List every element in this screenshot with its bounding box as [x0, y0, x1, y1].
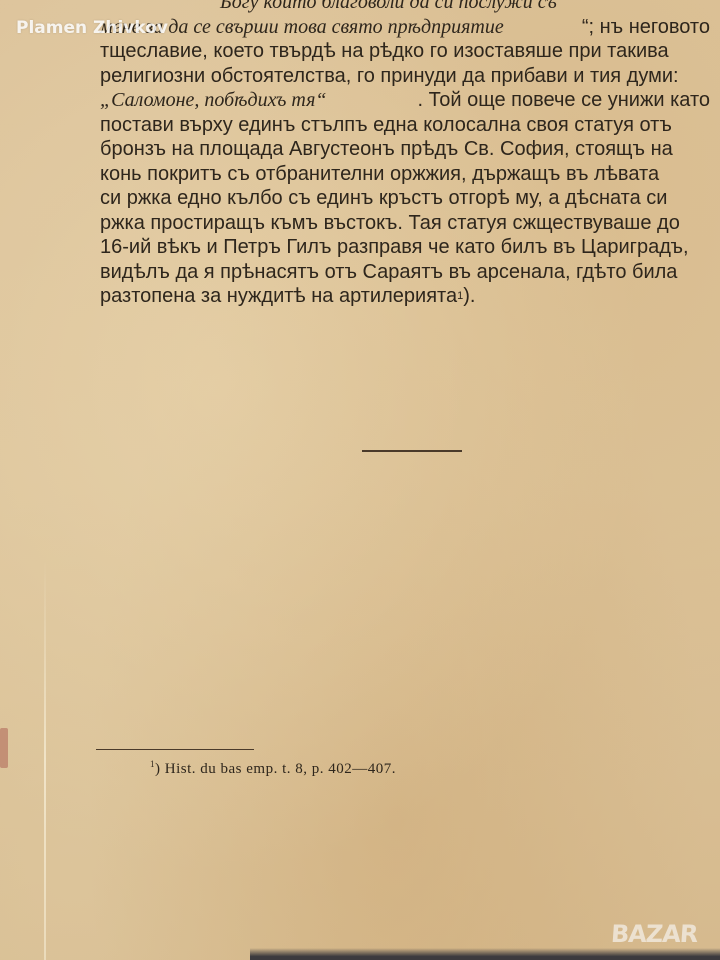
- quote-text: „Саломоне, побѣдихъ тя“: [100, 88, 326, 113]
- text-segment: разтопена за нуждитѣ на артилерията: [100, 284, 457, 309]
- text-line: разтопена за нуждитѣ на артилерията 1 ).: [100, 284, 710, 309]
- text-line: 16-ий вѣкъ и Петръ Гилъ разправя че като…: [100, 235, 710, 260]
- text-line: видѣлъ да я прѣнасятъ отъ Сараятъ въ арс…: [100, 260, 710, 285]
- text-segment: ).: [463, 284, 475, 309]
- text-line: тщеславие, което твърдѣ на рѣдко го изос…: [100, 39, 710, 64]
- text-line: ржка простиращъ къмъ въстокъ. Тая статуя…: [100, 211, 710, 236]
- text-line: религиозни обстоятелства, го принуди да …: [100, 64, 710, 89]
- text-line: Богу който благоволи да си послужи съ: [100, 0, 710, 15]
- italic-text: Богу който благоволи да си послужи съ: [220, 0, 557, 15]
- text-line: конь покритъ съ отбранителни оржжия, дър…: [100, 162, 710, 187]
- footnote-rule: [96, 749, 254, 750]
- paper-stain: [0, 728, 8, 768]
- paper-fold-line: [44, 560, 46, 960]
- text-line: постави върху единъ стълпъ една колосалн…: [100, 113, 710, 138]
- footnote-text: ) Hist. du bas emp. t. 8, p. 402—407.: [155, 761, 396, 777]
- footnote: 1) Hist. du bas emp. t. 8, p. 402—407.: [150, 759, 396, 778]
- text-segment: . Той още повече се унижи като: [418, 88, 711, 113]
- text-line: мене за да се свърши това свято прѣдприя…: [100, 15, 710, 40]
- text-line: „Саломоне, побѣдихъ тя“ . Той още повече…: [100, 88, 710, 113]
- body-text: Богу който благоволи да си послужи съ ме…: [100, 0, 710, 309]
- text-line: бронзъ на площада Августеонъ прѣдъ Св. С…: [100, 137, 710, 162]
- bazar-logo-watermark: BAZAR: [610, 920, 698, 948]
- author-watermark: Plamen Zhivkov: [16, 18, 168, 38]
- torn-bottom-edge: [250, 948, 720, 960]
- text-segment: “; нъ неговото: [582, 15, 710, 40]
- text-line: си ржка едно кълбо съ единъ кръстъ отгор…: [100, 186, 710, 211]
- section-separator-rule: [362, 450, 462, 452]
